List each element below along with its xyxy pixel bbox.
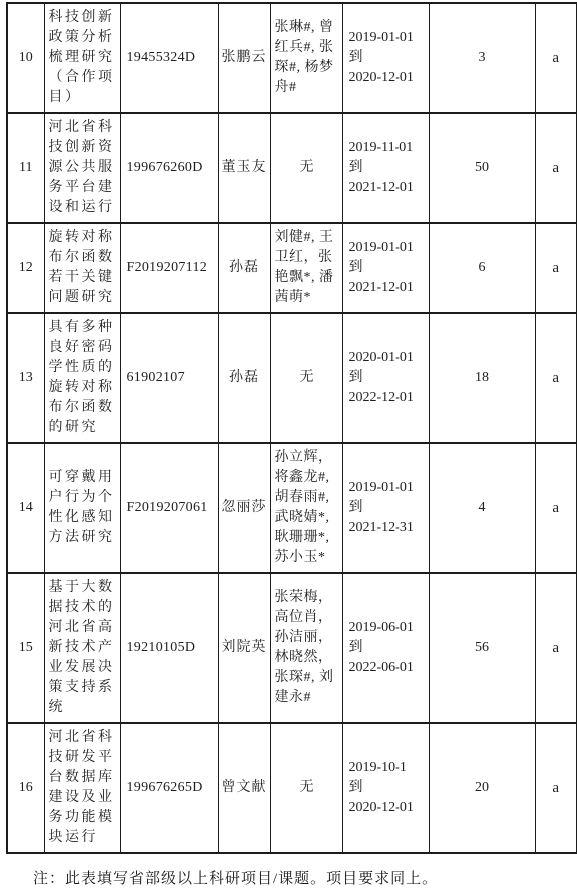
project-id-cell: 61902107 xyxy=(120,313,218,443)
leader-cell: 董玉友 xyxy=(218,113,270,223)
table-row: 15 基于大数 据技术的 河北省高 新技术产 业发展决 策支持系 统 19210… xyxy=(7,573,577,723)
project-id-cell: F2019207112 xyxy=(120,223,218,313)
project-title-cell: 可穿戴用 户行为个 性化感知 方法研究 xyxy=(44,443,120,573)
period-cell: 2019-01-01 到 2021-12-01 xyxy=(342,223,429,313)
project-id-cell: 19210105D xyxy=(120,573,218,723)
leader-cell: 张鹏云 xyxy=(218,3,270,113)
project-id-cell: F2019207061 xyxy=(120,443,218,573)
period-cell: 2019-01-01 到 2021-12-31 xyxy=(342,443,429,573)
leader-cell: 刘院英 xyxy=(218,573,270,723)
footnote: 注：此表填写省部级以上科研项目/课题。项目要求同上。 xyxy=(33,867,577,888)
leader-cell: 孙磊 xyxy=(218,313,270,443)
project-title-cell: 基于大数 据技术的 河北省高 新技术产 业发展决 策支持系 统 xyxy=(44,573,120,723)
project-title-cell: 具有多种 良好密码 学性质的 旋转对称 布尔函数 的研究 xyxy=(44,313,120,443)
grade-cell: a xyxy=(535,723,577,853)
grade-cell: a xyxy=(535,3,577,113)
table-row: 12 旋转对称 布尔函数 若干关键 问题研究 F2019207112 孙磊 刘健… xyxy=(7,223,577,313)
table-body: 10 科技创新 政策分析 梳理研究 （合作项 目） 19455324D 张鹏云 … xyxy=(7,3,577,853)
grade-cell: a xyxy=(535,443,577,573)
project-title-cell: 河北省科 技创新资 源公共服 务平台建 设和运行 xyxy=(44,113,120,223)
leader-cell: 忽丽莎 xyxy=(218,443,270,573)
project-title-cell: 旋转对称 布尔函数 若干关键 问题研究 xyxy=(44,223,120,313)
period-cell: 2019-11-01 到 2021-12-01 xyxy=(342,113,429,223)
table-row: 16 河北省科 技研发平 台数据库 建设及业 务功能模 块运行 19967626… xyxy=(7,723,577,853)
participants-cell: 孙立辉， 将鑫龙#, 胡春雨#, 武晓婧*, 耿珊珊*, 苏小玉* xyxy=(270,443,342,573)
period-cell: 2019-06-01 到 2022-06-01 xyxy=(342,573,429,723)
grade-cell: a xyxy=(535,223,577,313)
project-title-cell: 河北省科 技研发平 台数据库 建设及业 务功能模 块运行 xyxy=(44,723,120,853)
grade-cell: a xyxy=(535,113,577,223)
row-number-cell: 15 xyxy=(7,573,44,723)
table-row: 14 可穿戴用 户行为个 性化感知 方法研究 F2019207061 忽丽莎 孙… xyxy=(7,443,577,573)
participants-cell: 无 xyxy=(270,723,342,853)
period-cell: 2019-01-01 到 2020-12-01 xyxy=(342,3,429,113)
funding-cell: 18 xyxy=(429,313,535,443)
participants-cell: 无 xyxy=(270,113,342,223)
project-id-cell: 19455324D xyxy=(120,3,218,113)
funding-cell: 3 xyxy=(429,3,535,113)
leader-cell: 曾文献 xyxy=(218,723,270,853)
funding-cell: 4 xyxy=(429,443,535,573)
row-number-cell: 13 xyxy=(7,313,44,443)
funding-cell: 20 xyxy=(429,723,535,853)
leader-cell: 孙磊 xyxy=(218,223,270,313)
projects-table: 10 科技创新 政策分析 梳理研究 （合作项 目） 19455324D 张鹏云 … xyxy=(6,2,577,854)
row-number-cell: 16 xyxy=(7,723,44,853)
project-id-cell: 199676260D xyxy=(120,113,218,223)
document-page: 10 科技创新 政策分析 梳理研究 （合作项 目） 19455324D 张鹏云 … xyxy=(0,2,577,888)
period-cell: 2020-01-01 到 2022-12-01 xyxy=(342,313,429,443)
table-row: 13 具有多种 良好密码 学性质的 旋转对称 布尔函数 的研究 61902107… xyxy=(7,313,577,443)
participants-cell: 无 xyxy=(270,313,342,443)
participants-cell: 张琳#, 曾 红兵#, 张 琛#, 杨梦 舟# xyxy=(270,3,342,113)
period-cell: 2019-10-1 到 2020-12-01 xyxy=(342,723,429,853)
funding-cell: 6 xyxy=(429,223,535,313)
table-row: 11 河北省科 技创新资 源公共服 务平台建 设和运行 199676260D 董… xyxy=(7,113,577,223)
project-title-cell: 科技创新 政策分析 梳理研究 （合作项 目） xyxy=(44,3,120,113)
row-number-cell: 10 xyxy=(7,3,44,113)
row-number-cell: 14 xyxy=(7,443,44,573)
grade-cell: a xyxy=(535,313,577,443)
funding-cell: 50 xyxy=(429,113,535,223)
participants-cell: 刘健#, 王 卫红，张 艳飘*, 潘 茜萌* xyxy=(270,223,342,313)
row-number-cell: 12 xyxy=(7,223,44,313)
funding-cell: 56 xyxy=(429,573,535,723)
project-id-cell: 199676265D xyxy=(120,723,218,853)
grade-cell: a xyxy=(535,573,577,723)
participants-cell: 张荣梅， 高位肖， 孙洁丽， 林晓然， 张琛#, 刘 建永# xyxy=(270,573,342,723)
row-number-cell: 11 xyxy=(7,113,44,223)
table-row: 10 科技创新 政策分析 梳理研究 （合作项 目） 19455324D 张鹏云 … xyxy=(7,3,577,113)
